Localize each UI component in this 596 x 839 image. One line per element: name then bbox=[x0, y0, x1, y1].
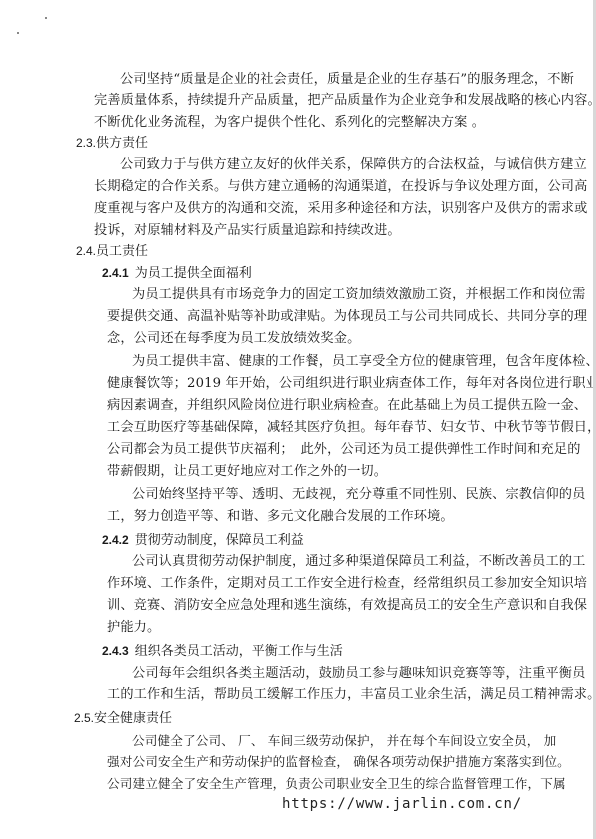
paragraph-line: 公司致力于与供方建立友好的伙伴关系，保障供方的合法权益，与诚信供方建立 bbox=[120, 156, 587, 174]
paragraph-line: 公司坚持“质量是企业的社会责任，质量是企业的生存基石”的服务理念，不断 bbox=[120, 71, 574, 89]
section-title: 安全健康责任 bbox=[94, 711, 172, 726]
paragraph-line: 公司建立健全了安全生产管理，负责公司职业安全卫生的综合监督管理工作，下属 bbox=[107, 775, 566, 793]
paragraph-line: 强对公司安全生产和劳动保护的监督检查， 确保各项劳动保护措施方案落实到位。 bbox=[107, 753, 570, 771]
section-heading-2-5: 2.5.安全健康责任 bbox=[74, 709, 172, 728]
subsection-title: 贯彻劳动制度，保障员工利益 bbox=[135, 533, 304, 548]
paragraph-line: 长期稳定的合作关系。与供方建立通畅的沟通渠道，在投诉与争议处理方面，公司高 bbox=[94, 178, 587, 196]
paragraph-line: 公司都会为员工提供节庆福利； 此外，公司还为员工提供弹性工作时间和充足的 bbox=[107, 441, 581, 459]
paragraph-line: 为员工提供丰富、健康的工作餐，员工享受全方位的健康管理，包含年度体检、 bbox=[132, 353, 596, 371]
paragraph-line: 工会互助医疗等基础保障，减轻其医疗负担。每年春节、妇女节、中秋节等节假日， bbox=[107, 419, 596, 437]
paragraph-line: 工的工作和生活，帮助员工缓解工作压力，丰富员工业余生活，满足员工精神需求。 bbox=[107, 686, 596, 704]
paragraph-line: 健康餐饮等；2019 年开始，公司组织进行职业病查体工作，每年对各岗位进行职业 bbox=[107, 375, 596, 393]
subsection-title: 为员工提供全面福利 bbox=[135, 266, 252, 281]
section-title: 员工责任 bbox=[96, 244, 148, 259]
document-page: 公司坚持“质量是企业的社会责任，质量是企业的生存基石”的服务理念，不断 完善质量… bbox=[0, 0, 593, 839]
paragraph-line: 公司认真贯彻劳动保护制度，通过多种渠道保障员工利益，不断改善员工的工 bbox=[132, 553, 585, 571]
section-title: 供方责任 bbox=[96, 136, 148, 151]
paragraph-line: 公司每年会组织各类主题活动，鼓励员工参与趣味知识竞赛等等，注重平衡员 bbox=[132, 665, 585, 683]
paragraph-line: 完善质量体系，持续提升产品质量，把产品质量作为企业竞争和发展战略的核心内容。 bbox=[94, 92, 596, 110]
section-number: 2.3. bbox=[76, 136, 96, 150]
scan-speck bbox=[45, 17, 47, 19]
section-heading-2-3: 2.3.供方责任 bbox=[76, 134, 148, 153]
scan-speck bbox=[17, 32, 19, 34]
paragraph-line: 念，公司还在每季度为员工发放绩效奖金。 bbox=[107, 330, 360, 348]
subsection-number: 2.4.2 bbox=[102, 533, 129, 547]
paragraph-line: 为员工提供具有市场竞争力的固定工资加绩效激励工资，并根据工作和岗位需 bbox=[132, 286, 585, 304]
paragraph-line: 公司始终坚持平等、透明、无歧视，充分尊重不同性别、民族、宗教信仰的员 bbox=[132, 486, 585, 504]
paragraph-line: 投诉，对原辅材料及产品实行质量追踪和持续改进。 bbox=[94, 222, 401, 240]
paragraph-line: 病因素调查，并组织风险岗位进行职业病检查。在此基础上为员工提供五险一金、 bbox=[107, 397, 587, 415]
subsection-number: 2.4.3 bbox=[102, 644, 129, 658]
paragraph-line: 要提供交通、高温补贴等补助或津贴。为体现员工与公司共同成长、共同分享的理 bbox=[107, 308, 587, 326]
section-heading-2-4: 2.4.员工责任 bbox=[76, 242, 148, 261]
subsection-heading-2-4-2: 2.4.2贯彻劳动制度，保障员工利益 bbox=[102, 531, 304, 550]
subsection-heading-2-4-1: 2.4.1为员工提供全面福利 bbox=[102, 264, 252, 283]
section-number: 2.4. bbox=[76, 244, 96, 258]
paragraph-line: 不断优化业务流程，为客户提供个性化、系列化的完整解决方案 。 bbox=[94, 114, 485, 132]
paragraph-line: 护能力。 bbox=[107, 619, 160, 637]
paragraph-line: 带薪假期，让员工更好地应对工作之外的一切。 bbox=[107, 463, 387, 481]
section-number: 2.5. bbox=[74, 711, 94, 725]
watermark-url: https://www.jarlin.com.cn/ bbox=[282, 796, 522, 812]
paragraph-line: 公司健全了公司、 厂、 车间三级劳动保护， 并在每个车间设立安全员， 加 bbox=[132, 732, 556, 750]
paragraph-line: 作环境、工作条件，定期对员工工作安全进行检查，经常组织员工参加安全知识培 bbox=[107, 575, 587, 593]
paragraph-line: 度重视与客户及供方的沟通和交流，采用多种途径和方法，识别客户及供方的需求或 bbox=[94, 200, 587, 218]
paragraph-line: 工，努力创造平等、和谐、多元文化融合发展的工作环境。 bbox=[107, 508, 454, 526]
subsection-heading-2-4-3: 2.4.3组织各类员工活动，平衡工作与生活 bbox=[102, 642, 343, 661]
subsection-title: 组织各类员工活动，平衡工作与生活 bbox=[135, 644, 343, 659]
paragraph-line: 训、竞赛、消防安全应急处理和逃生演练，有效提高员工的安全生产意识和自我保 bbox=[107, 597, 587, 615]
subsection-number: 2.4.1 bbox=[102, 266, 129, 280]
